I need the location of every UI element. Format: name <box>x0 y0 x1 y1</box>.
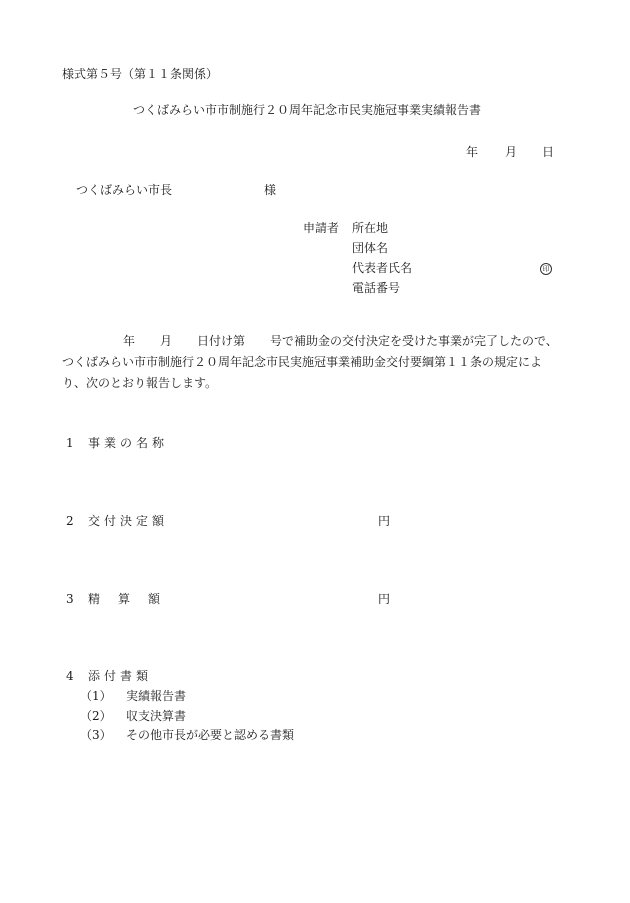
attachment-label: 実績報告書 <box>126 690 186 702</box>
applicant-address-label: 所在地 <box>352 222 388 234</box>
item-number: 1 <box>66 437 74 449</box>
item-label: 添付書類 <box>88 670 152 682</box>
item-number: 3 <box>66 593 74 605</box>
item-label: 交付決定額 <box>88 515 168 527</box>
item-number: 4 <box>66 670 74 682</box>
attachment-number: （3） <box>80 729 112 741</box>
attachment-label: その他市長が必要と認める書類 <box>126 729 294 741</box>
applicant-label: 申請者 <box>303 222 339 234</box>
applicant-representative-label: 代表者氏名 <box>352 262 412 274</box>
attachment-number: （2） <box>80 710 112 722</box>
attachment-number: （1） <box>80 690 112 702</box>
applicant-org-name-label: 団体名 <box>352 242 388 254</box>
document-title: つくばみらい市市制施行２０周年記念市民実施冠事業実績報告書 <box>133 104 481 116</box>
item-label: 事業の名称 <box>88 437 168 449</box>
date-day-label: 日 <box>542 146 554 158</box>
body-line3: り、次のとおり報告します。 <box>62 377 217 389</box>
addressee-name: つくばみらい市長 <box>76 184 172 196</box>
body-year-label: 年 <box>123 335 135 347</box>
applicant-phone-label: 電話番号 <box>352 282 400 294</box>
body-month-label: 月 <box>160 335 172 347</box>
item-label: 精算額 <box>88 593 178 605</box>
yen-unit: 円 <box>378 593 390 605</box>
body-line2: つくばみらい市市制施行２０周年記念市民実施冠事業補助金交付要綱第１１条の規定によ <box>62 356 542 368</box>
body-line1-rest: 号で補助金の交付決定を受けた事業が完了したので、 <box>270 335 558 347</box>
item-number: 2 <box>66 515 74 527</box>
attachment-label: 収支決算書 <box>126 710 186 722</box>
addressee-honorific: 様 <box>264 184 276 196</box>
seal-mark-icon: 印 <box>540 263 552 275</box>
date-year-label: 年 <box>466 146 478 158</box>
form-number: 様式第５号（第１１条関係） <box>62 68 218 80</box>
date-month-label: 月 <box>505 146 517 158</box>
yen-unit: 円 <box>378 515 390 527</box>
body-day-label: 日付け第 <box>197 335 245 347</box>
